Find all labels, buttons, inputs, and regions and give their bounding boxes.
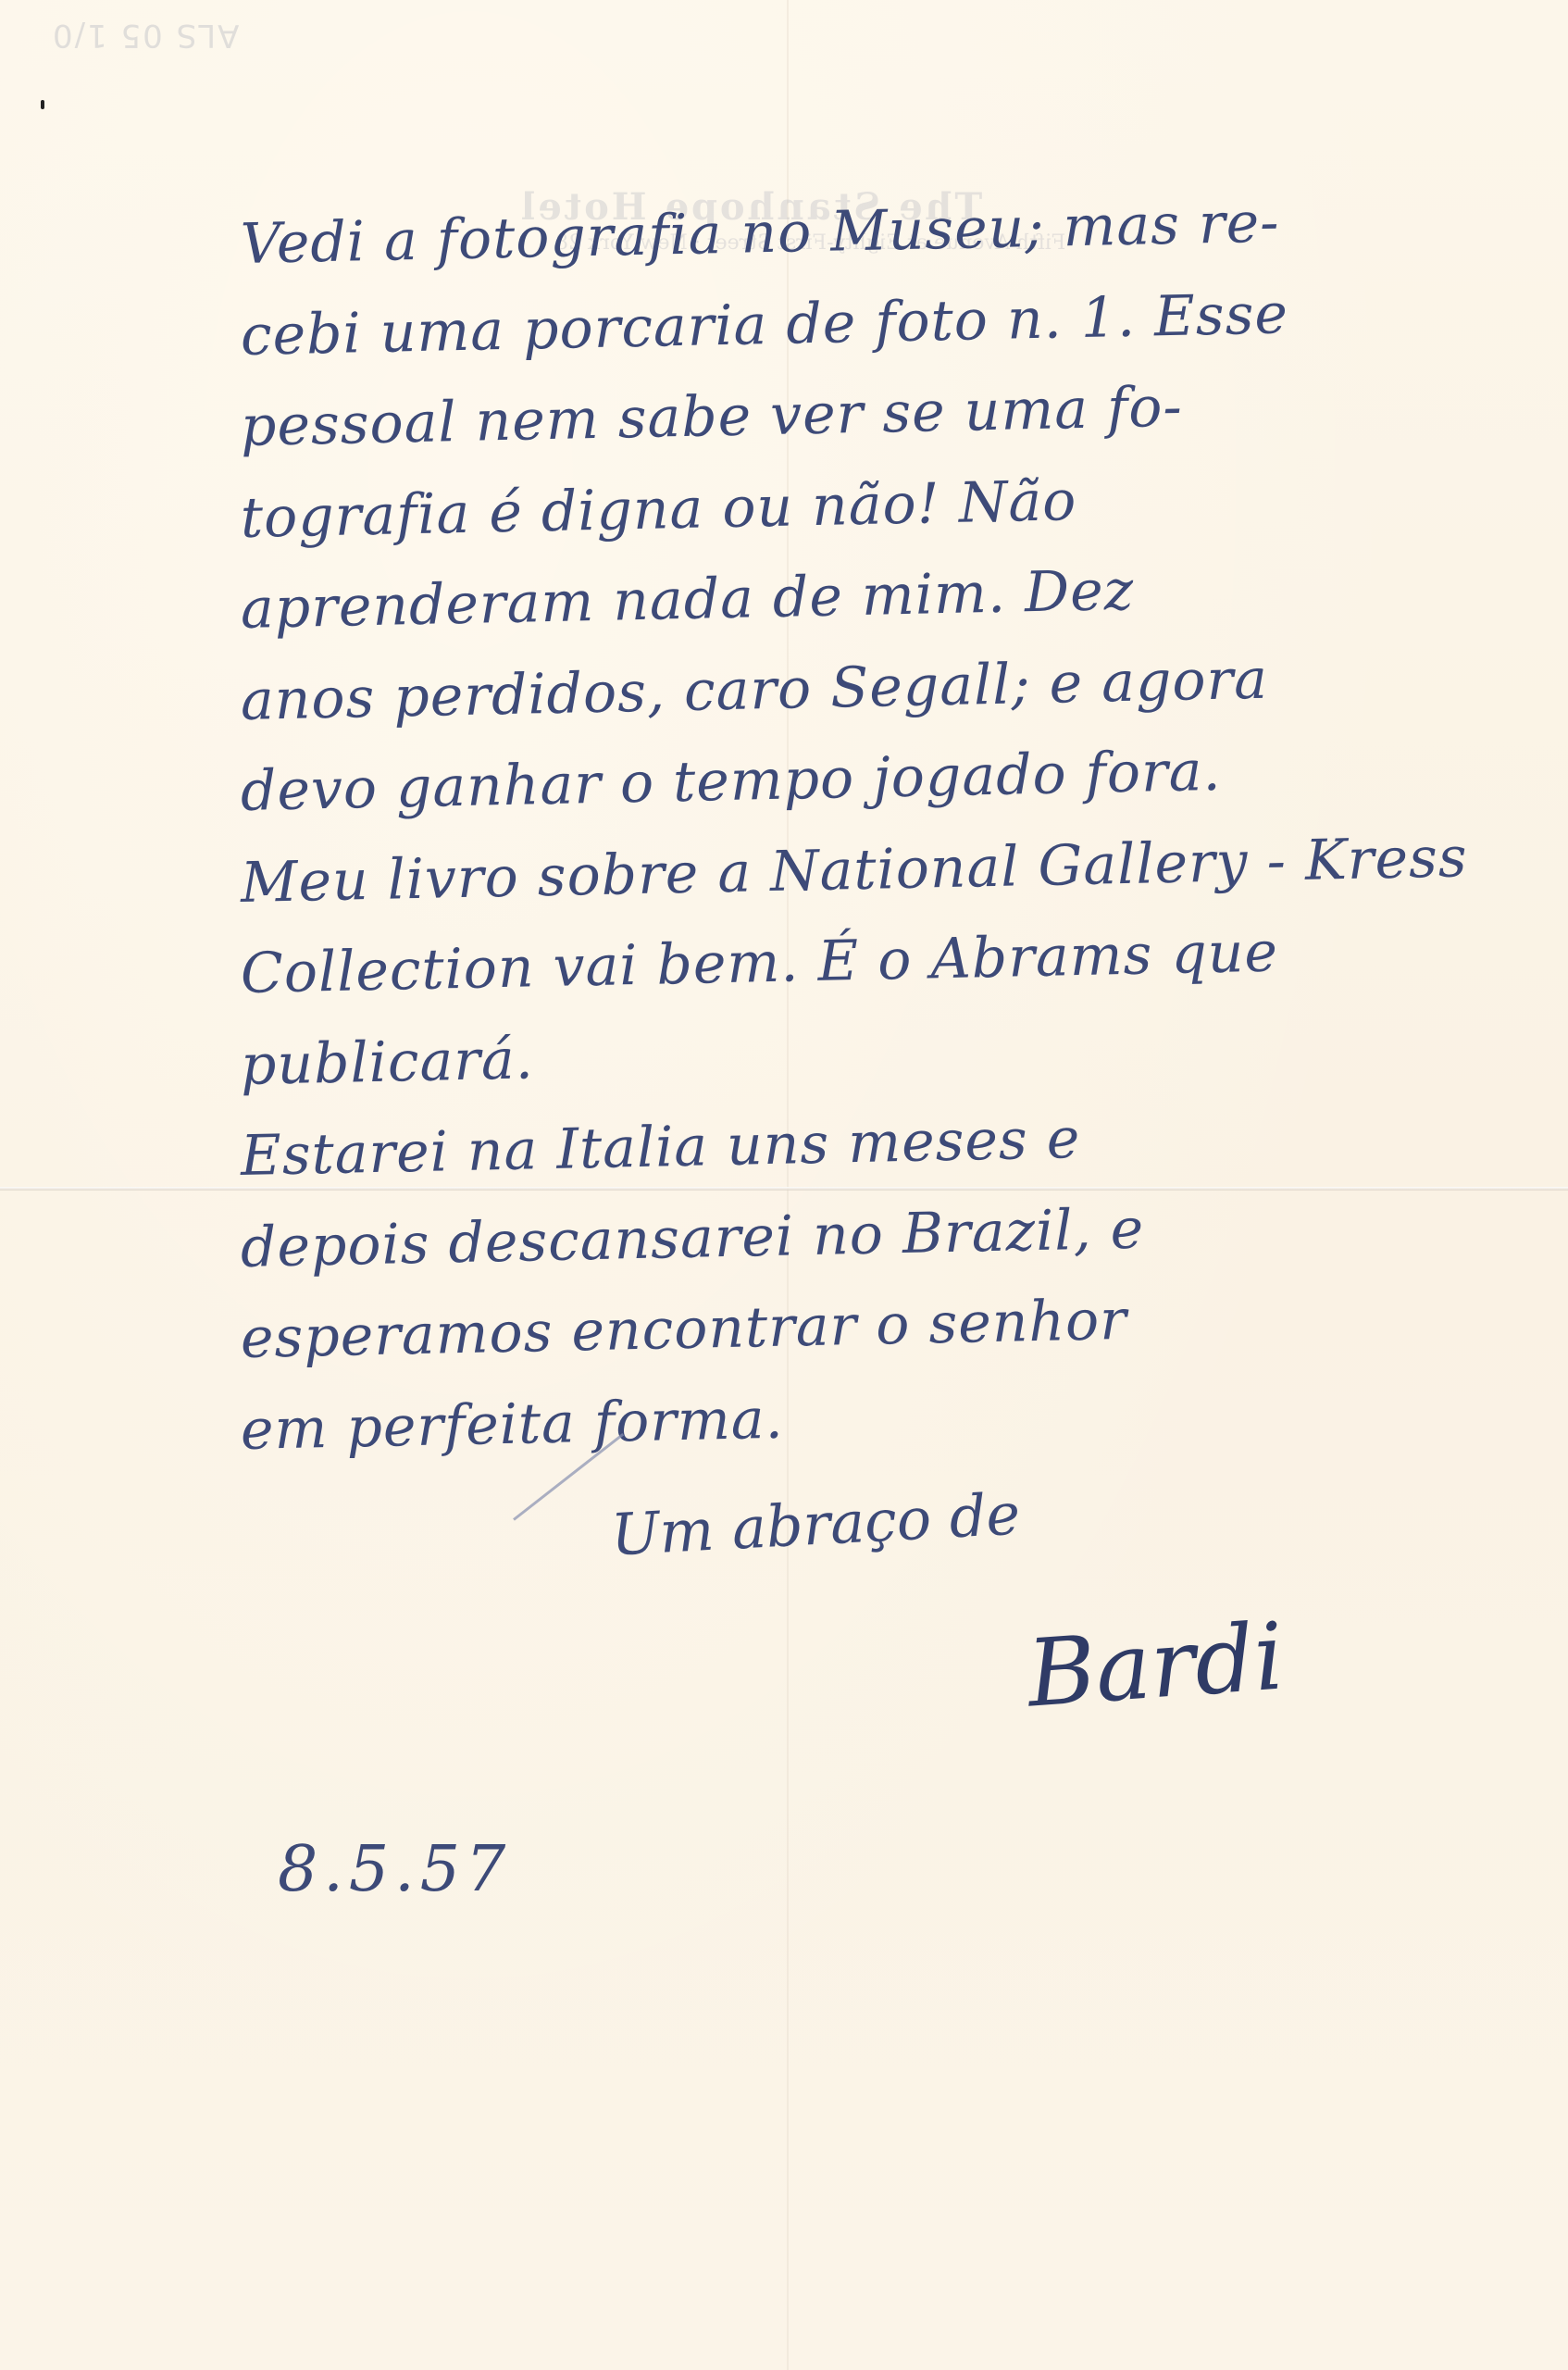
ink-dot bbox=[41, 100, 44, 109]
horizontal-fold-crease bbox=[0, 1187, 1568, 1191]
signature: Bardi bbox=[1024, 1602, 1287, 1728]
archive-mark: ALS 05 1/0 bbox=[51, 17, 239, 54]
letter-body: Vedi a fotografia no Museu; mas re- cebi… bbox=[241, 199, 1462, 1476]
letter-date: 8.5.57 bbox=[278, 1833, 511, 1906]
letter-closing: Um abraço de bbox=[609, 1479, 1021, 1568]
letter-page: ALS 05 1/0 The Stanhope Hotel Fifth Aven… bbox=[0, 0, 1568, 2370]
